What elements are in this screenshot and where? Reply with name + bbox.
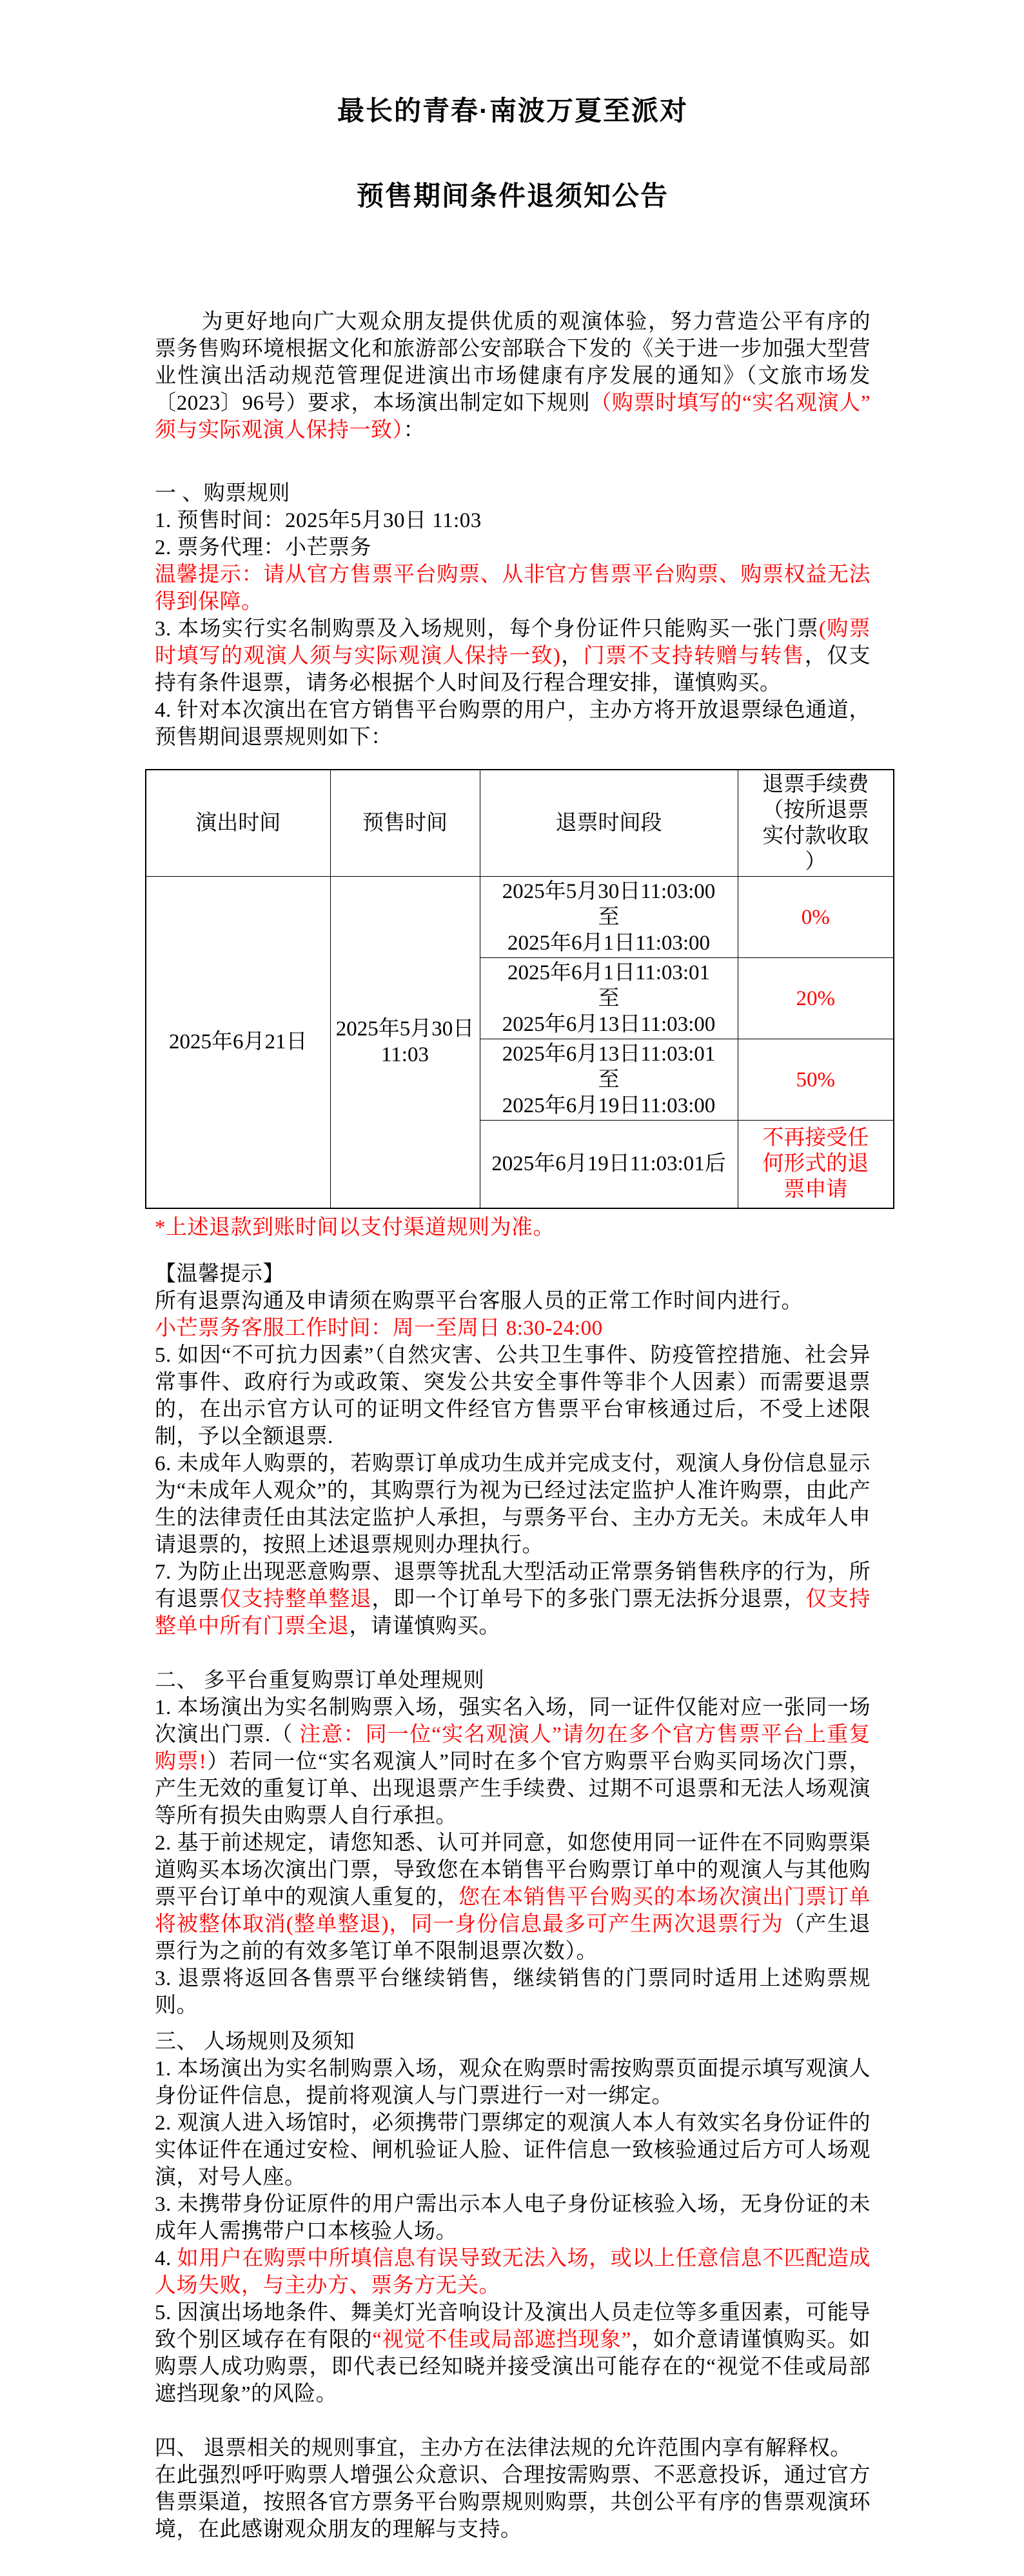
- rule-entry-eid: 3. 未携带身份证原件的用户需出示本人电子身份证核验入场，无身份证的未成年人需携…: [155, 2191, 871, 2245]
- presale-time-cell: 2025年5月30日 11:03: [330, 877, 480, 1208]
- rule-real-name: 3. 本场实行实名制购票及入场规则，每个身份证件只能购买一张门票(购票时填写的观…: [155, 615, 871, 697]
- tips-working-hours-note: 所有退票沟通及申请须在购票平台客服人员的正常工作时间内进行。: [155, 1288, 871, 1315]
- fee-cell: 20%: [738, 958, 894, 1039]
- refund-period-cell: 2025年5月30日11:03:00 至 2025年6月1日11:03:00: [480, 877, 738, 958]
- rule-presale-time: 1. 预售时间：2025年5月30日 11:03: [155, 507, 871, 534]
- tips-header: 【温馨提示】: [155, 1261, 871, 1288]
- header-refund-fee: 退票手续费 （按所退票 实付款收取 ）: [738, 770, 894, 877]
- refund-table: 演出时间 预售时间 退票时间段 退票手续费 （按所退票 实付款收取 ） 2025…: [145, 769, 894, 1209]
- rule-resale: 3. 退票将返回各售票平台继续销售，继续销售的门票同时适用上述购票规则。: [155, 1965, 871, 2019]
- section1-heading: 一 、购票规则: [155, 480, 871, 507]
- header-refund-period: 退票时间段: [480, 770, 738, 877]
- section4-line2: 在此强烈呼吁购票人增强公众意识、合理按需购票、不恶意投诉，通过官方售票渠道，按照…: [155, 2462, 871, 2543]
- tips-block: 【温馨提示】 所有退票沟通及申请须在购票平台客服人员的正常工作时间内进行。 小芒…: [155, 1261, 871, 1640]
- refund-table-header-row: 演出时间 预售时间 退票时间段 退票手续费 （按所退票 实付款收取 ）: [146, 770, 894, 877]
- rule-duplicate-purchase: 1. 本场演出为实名制购票入场，强实名入场，同一证件仅能对应一张同一场次演出门票…: [155, 1694, 871, 1830]
- refund-period-cell: 2025年6月1日11:03:01 至 2025年6月13日11:03:00: [480, 958, 738, 1039]
- show-time-cell: 2025年6月21日: [146, 877, 330, 1208]
- document-body: 最长的青春·南波万夏至派对 预售期间条件退须知公告 为更好地向广大观众朋友提供优…: [155, 0, 871, 2543]
- fee-cell-no-refund: 不再接受任 何形式的退 票申请: [738, 1121, 894, 1208]
- section-multi-platform: 二、 多平台重复购票订单处理规则 1. 本场演出为实名制购票入场，强实名入场，同…: [155, 1667, 871, 2019]
- intro-paragraph: 为更好地向广大观众朋友提供优质的观演体验，努力营造公平有序的票务售购环境根据文化…: [155, 308, 871, 444]
- header-presale-time: 预售时间: [330, 770, 480, 877]
- section-interpretation: 四、 退票相关的规则事宜，主办方在法律法规的允许范围内享有解释权。 在此强烈呼吁…: [155, 2435, 871, 2543]
- page-title: 最长的青春·南波万夏至派对: [155, 94, 871, 128]
- table-footnote: *上述退款到账时间以支付渠道规则为准。: [155, 1214, 871, 1241]
- announcement-page: { "page": { "title_main": "最长的青春·南波万夏至派对…: [0, 0, 1024, 2576]
- rule-refund-channel: 4. 针对本次演出在官方销售平台购票的用户，主办方将开放退票绿色通道，预售期间退…: [155, 697, 871, 751]
- tips-service-hours: 小芒票务客服工作时间：周一至周日 8:30-24:00: [155, 1315, 871, 1342]
- table-row: 2025年6月21日 2025年5月30日 11:03 2025年5月30日11…: [146, 877, 894, 958]
- rule-official-platform-warning: 温馨提示：请从官方售票平台购票、从非官方售票平台购票、购票权益无法得到保障。: [155, 561, 871, 615]
- rule-view-obstruction: 5. 因演出场地条件、舞美灯光音响设计及演出人员走位等多重因素，可能导致个别区域…: [155, 2299, 871, 2408]
- rule-ticket-agent: 2. 票务代理：小芒票务: [155, 534, 871, 561]
- header-show-time: 演出时间: [146, 770, 330, 877]
- rule-whole-order-refund: 7. 为防止出现恶意购票、退票等扰乱大型活动正常票务销售秩序的行为，所有退票仅支…: [155, 1559, 871, 1640]
- section2-heading: 二、 多平台重复购票订单处理规则: [155, 1667, 871, 1694]
- rule-minor-purchase: 6. 未成年人购票的，若购票订单成功生成并完成支付，观演人身份信息显示为“未成年…: [155, 1450, 871, 1559]
- section3-heading: 三、 人场规则及须知: [155, 2028, 871, 2055]
- page-subtitle: 预售期间条件退须知公告: [155, 179, 871, 213]
- rule-entry-id-check: 2. 观演人进入场馆时，必须携带门票绑定的观演人本人有效实名身份证件的实体证件在…: [155, 2110, 871, 2191]
- refund-period-cell: 2025年6月19日11:03:01后: [480, 1121, 738, 1208]
- fee-cell: 50%: [738, 1039, 894, 1121]
- rule-entry-binding: 1. 本场演出为实名制购票入场，观众在购票时需按购票页面提示填写观演人身份证件信…: [155, 2055, 871, 2110]
- rule-force-majeure: 5. 如因“不可抗力因素”（自然灾害、公共卫生事件、防疫管控措施、社会异常事件、…: [155, 1342, 871, 1450]
- section-purchase-rules: 一 、购票规则 1. 预售时间：2025年5月30日 11:03 2. 票务代理…: [155, 480, 871, 751]
- refund-period-cell: 2025年6月13日11:03:01 至 2025年6月19日11:03:00: [480, 1039, 738, 1121]
- rule-entry-mismatch: 4. 如用户在购票中所填信息有误导致无法入场，或以上任意信息不匹配造成人场失败，…: [155, 2245, 871, 2299]
- section-entry-rules: 三、 人场规则及须知 1. 本场演出为实名制购票入场，观众在购票时需按购票页面提…: [155, 2028, 871, 2408]
- fee-cell: 0%: [738, 877, 894, 958]
- rule-duplicate-cancel: 2. 基于前述规定，请您知悉、认可并同意，如您使用同一证件在不同购票渠道购买本场…: [155, 1830, 871, 1965]
- section4-line1: 四、 退票相关的规则事宜，主办方在法律法规的允许范围内享有解释权。: [155, 2435, 871, 2462]
